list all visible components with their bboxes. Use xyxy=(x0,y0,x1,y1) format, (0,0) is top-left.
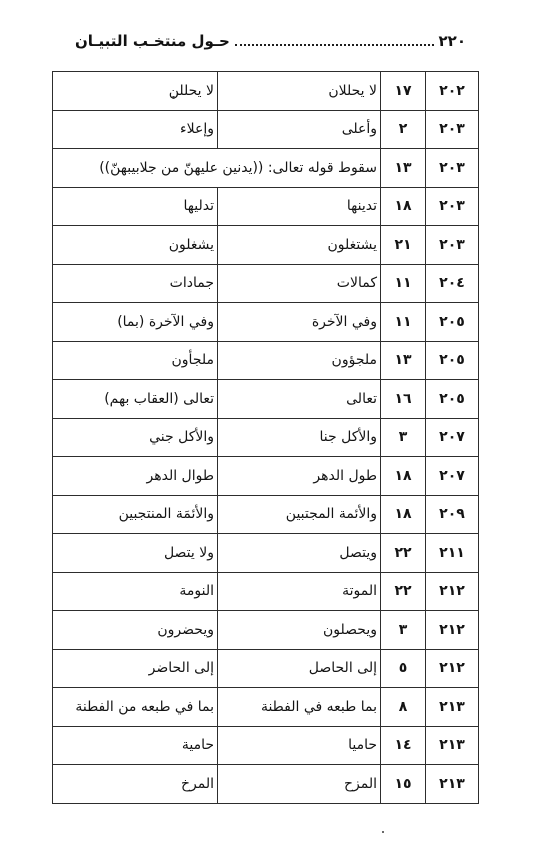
scan-artifact-dot xyxy=(382,831,384,833)
table-row: ٢٠٧٣والأكل جناوالأكل جني xyxy=(53,418,479,457)
table-row: ٢١١٢٢ويتصلولا يتصل xyxy=(53,534,479,573)
line-number-cell: ٥ xyxy=(381,649,426,688)
errata-table: ٢٠٢١٧لا يحللانلا يحللن٢٠٣٢وأعلىوإعلاء٢٠٣… xyxy=(52,71,479,804)
book-page-number-cell: ٢١٣ xyxy=(426,765,479,804)
book-page-number-cell: ٢٠٥ xyxy=(426,380,479,419)
line-number-cell: ١٥ xyxy=(381,765,426,804)
original-text-cell: ملجؤون xyxy=(218,341,381,380)
book-page-number-cell: ٢٠٤ xyxy=(426,264,479,303)
correction-text-cell: تعالى (العقاب بهم) xyxy=(53,380,218,419)
line-number-cell: ٢ xyxy=(381,110,426,149)
line-number-cell: ١٨ xyxy=(381,457,426,496)
book-page-number-cell: ٢٠٣ xyxy=(426,187,479,226)
correction-text-cell: المرخ xyxy=(53,765,218,804)
book-page-number-cell: ٢١١ xyxy=(426,534,479,573)
chapter-title: حـول منتخـب التبيـان xyxy=(75,32,230,50)
line-number-cell: ١٨ xyxy=(381,495,426,534)
scanned-book-page: ٢٢٠ حـول منتخـب التبيـان ٢٠٢١٧لا يحللانل… xyxy=(0,0,557,850)
book-page-number-cell: ٢١٢ xyxy=(426,572,479,611)
line-number-cell: ٢٢ xyxy=(381,572,426,611)
original-text-cell: تعالى xyxy=(218,380,381,419)
book-page-number-cell: ٢٠٩ xyxy=(426,495,479,534)
original-text-cell: إلى الحاصل xyxy=(218,649,381,688)
original-text-cell: وأعلى xyxy=(218,110,381,149)
table-row: ٢١٢٢٢الموتةالنومة xyxy=(53,572,479,611)
dotted-leader xyxy=(235,44,434,46)
line-number-cell: ١٨ xyxy=(381,187,426,226)
book-page-number-cell: ٢٠٥ xyxy=(426,303,479,342)
original-text-cell: والأكل جنا xyxy=(218,418,381,457)
merged-note-cell: سقوط قوله تعالى: ((يدنين عليهنّ من جلابي… xyxy=(53,149,381,188)
table-row: ٢٠٥١٦تعالىتعالى (العقاب بهم) xyxy=(53,380,479,419)
table-row: ٢٠٣٢وأعلىوإعلاء xyxy=(53,110,479,149)
book-page-number-cell: ٢١٣ xyxy=(426,726,479,765)
correction-text-cell: طوال الدهر xyxy=(53,457,218,496)
line-number-cell: ١٣ xyxy=(381,341,426,380)
line-number-cell: ٣ xyxy=(381,418,426,457)
table-row: ٢٠٥١٣ملجؤونملجأون xyxy=(53,341,479,380)
table-row: ٢٠٧١٨طول الدهرطوال الدهر xyxy=(53,457,479,496)
correction-text-cell: وفي الآخرة (بما) xyxy=(53,303,218,342)
original-text-cell: وفي الآخرة xyxy=(218,303,381,342)
book-page-number-cell: ٢٠٣ xyxy=(426,149,479,188)
scan-artifact-dot xyxy=(172,96,175,99)
table-row: ٢١٢٥إلى الحاصلإلى الحاضر xyxy=(53,649,479,688)
page-number: ٢٢٠ xyxy=(439,32,466,50)
original-text-cell: ويتصل xyxy=(218,534,381,573)
table-row: ٢١٣٨بما طبعه في الفطنةبما في طبعه من الف… xyxy=(53,688,479,727)
book-page-number-cell: ٢١٢ xyxy=(426,611,479,650)
table-row: ٢٠٣١٣سقوط قوله تعالى: ((يدنين عليهنّ من … xyxy=(53,149,479,188)
book-page-number-cell: ٢٠٢ xyxy=(426,72,479,111)
errata-table-body: ٢٠٢١٧لا يحللانلا يحللن٢٠٣٢وأعلىوإعلاء٢٠٣… xyxy=(53,72,479,804)
line-number-cell: ١٦ xyxy=(381,380,426,419)
original-text-cell: الموتة xyxy=(218,572,381,611)
book-page-number-cell: ٢١٢ xyxy=(426,649,479,688)
correction-text-cell: إلى الحاضر xyxy=(53,649,218,688)
line-number-cell: ٢١ xyxy=(381,226,426,265)
line-number-cell: ١٤ xyxy=(381,726,426,765)
original-text-cell: المزح xyxy=(218,765,381,804)
original-text-cell: تدينها xyxy=(218,187,381,226)
running-header: ٢٢٠ حـول منتخـب التبيـان xyxy=(75,32,466,50)
table-row: ٢٠٤١١كمالاتجمادات xyxy=(53,264,479,303)
original-text-cell: والأئمة المجتبين xyxy=(218,495,381,534)
correction-text-cell: وإعلاء xyxy=(53,110,218,149)
correction-text-cell: جمادات xyxy=(53,264,218,303)
book-page-number-cell: ٢٠٧ xyxy=(426,457,479,496)
line-number-cell: ٣ xyxy=(381,611,426,650)
table-row: ٢١٣١٥المزحالمرخ xyxy=(53,765,479,804)
book-page-number-cell: ٢٠٣ xyxy=(426,110,479,149)
book-page-number-cell: ٢٠٥ xyxy=(426,341,479,380)
original-text-cell: بما طبعه في الفطنة xyxy=(218,688,381,727)
line-number-cell: ٢٢ xyxy=(381,534,426,573)
correction-text-cell: والأئمَة المنتجبين xyxy=(53,495,218,534)
table-row: ٢١٢٣ويحصلونويحضرون xyxy=(53,611,479,650)
table-row: ٢٠٥١١وفي الآخرةوفي الآخرة (بما) xyxy=(53,303,479,342)
correction-text-cell: ويحضرون xyxy=(53,611,218,650)
correction-text-cell: لا يحللن xyxy=(53,72,218,111)
correction-text-cell: ولا يتصل xyxy=(53,534,218,573)
line-number-cell: ٨ xyxy=(381,688,426,727)
line-number-cell: ١٣ xyxy=(381,149,426,188)
line-number-cell: ١١ xyxy=(381,303,426,342)
correction-text-cell: تدليها xyxy=(53,187,218,226)
correction-text-cell: حامية xyxy=(53,726,218,765)
correction-text-cell: يشغلون xyxy=(53,226,218,265)
correction-text-cell: والأكل جني xyxy=(53,418,218,457)
correction-text-cell: النومة xyxy=(53,572,218,611)
correction-text-cell: بما في طبعه من الفطنة xyxy=(53,688,218,727)
book-page-number-cell: ٢٠٧ xyxy=(426,418,479,457)
book-page-number-cell: ٢١٣ xyxy=(426,688,479,727)
original-text-cell: يشتغلون xyxy=(218,226,381,265)
line-number-cell: ١٧ xyxy=(381,72,426,111)
original-text-cell: لا يحللان xyxy=(218,72,381,111)
correction-text-cell: ملجأون xyxy=(53,341,218,380)
book-page-number-cell: ٢٠٣ xyxy=(426,226,479,265)
table-row: ٢١٣١٤حامياحامية xyxy=(53,726,479,765)
original-text-cell: ويحصلون xyxy=(218,611,381,650)
table-row: ٢٠٢١٧لا يحللانلا يحللن xyxy=(53,72,479,111)
table-row: ٢٠٩١٨والأئمة المجتبينوالأئمَة المنتجبين xyxy=(53,495,479,534)
table-row: ٢٠٣١٨تدينهاتدليها xyxy=(53,187,479,226)
line-number-cell: ١١ xyxy=(381,264,426,303)
original-text-cell: طول الدهر xyxy=(218,457,381,496)
original-text-cell: حاميا xyxy=(218,726,381,765)
original-text-cell: كمالات xyxy=(218,264,381,303)
table-row: ٢٠٣٢١يشتغلونيشغلون xyxy=(53,226,479,265)
